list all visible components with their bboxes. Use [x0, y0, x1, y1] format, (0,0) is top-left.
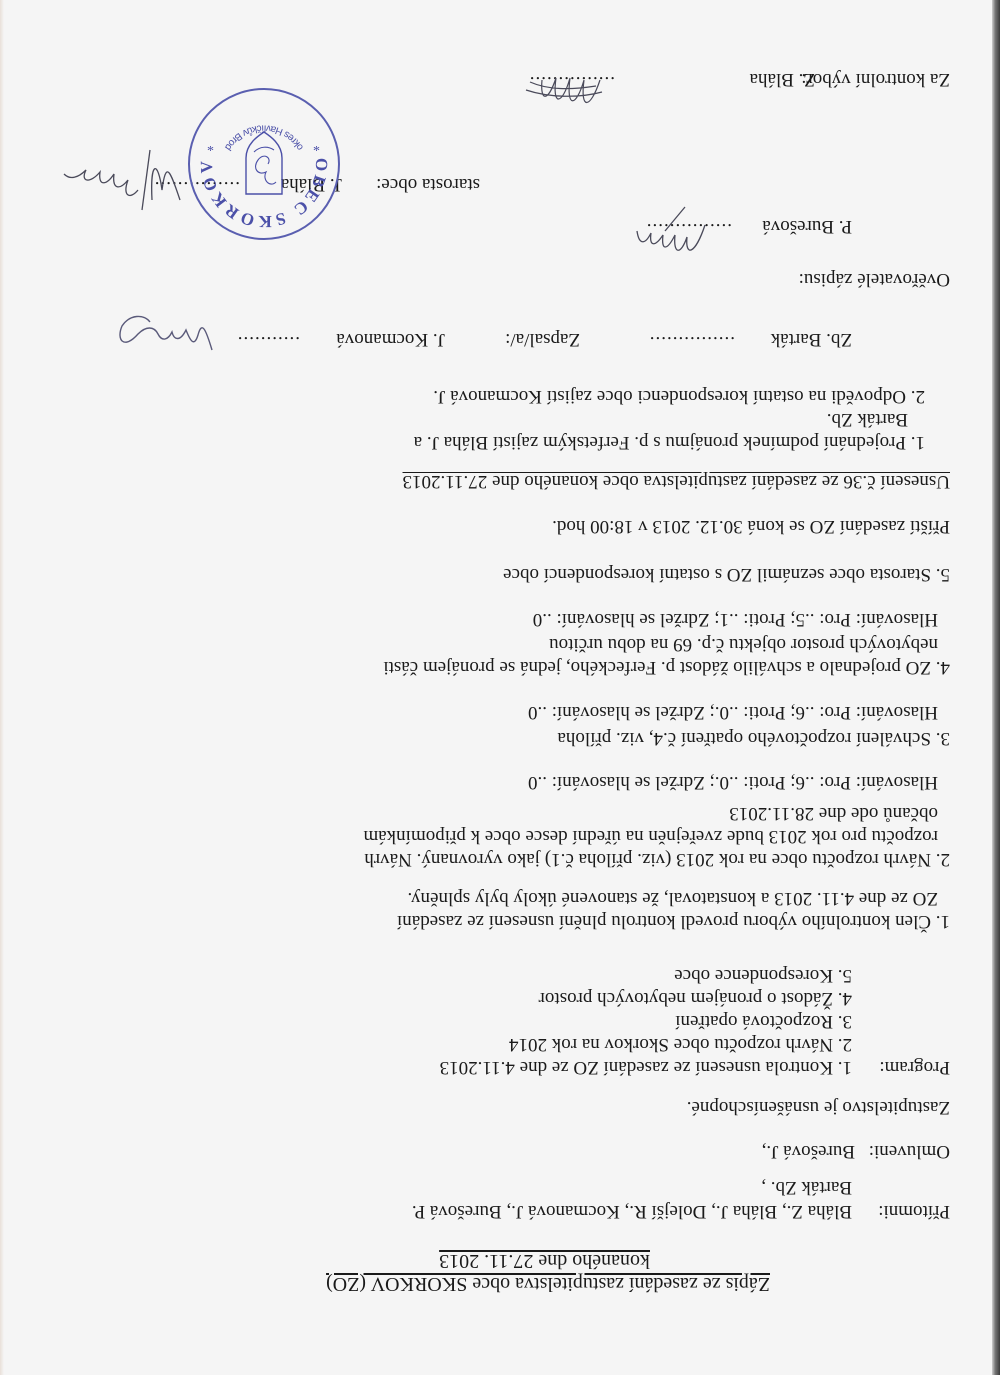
scanner-border-light: [0, 0, 4, 1375]
program-item: 4. Žádost o pronájem nebytových prostor: [539, 987, 852, 1009]
proceeding-4-line: 4. ZO projednalo a schválilo žádost p. F…: [383, 656, 950, 678]
proceeding-2-line: 2. Návrh rozpočtu obce na rok 2013 (viz.…: [364, 848, 950, 870]
proceeding-3-vote: Hlasování: Pro: ..6; Proti: ..0.; Zdržel…: [528, 701, 938, 723]
signature-line: ...............: [649, 331, 735, 353]
verifier-name: P. Burešová: [762, 215, 852, 237]
scanned-document-page: Zápis ze zasedání zastupitelstva obce SK…: [0, 0, 1000, 1375]
present-label: Přítomni:: [878, 1200, 950, 1222]
document-title: Zápis ze zasedání zastupitelstva obce SK…: [326, 1273, 770, 1295]
resolution-item: Barták Zb.: [827, 408, 908, 430]
proceeding-2-line: rozpočtu pro rok 2013 bude zveřejněn na …: [363, 825, 938, 847]
recorded-by-label: Zapsal/a/:: [505, 328, 580, 350]
program-item: 5. Korespondence obce: [674, 964, 852, 986]
handwritten-signature-mayor: [50, 140, 190, 230]
scanner-border: [992, 0, 1000, 1375]
svg-text:*: *: [313, 138, 320, 153]
excused-list: Burešová J.,: [762, 1140, 855, 1162]
handwritten-signature-zblaha: [520, 60, 610, 120]
official-stamp: OBEC SKORKOV okres Havlíčkův Brod * *: [188, 88, 340, 240]
verifiers-label: Ověřovatelé zápisu:: [799, 268, 950, 290]
program-item: 1. Kontrola usnesení ze zasedání ZO ze d…: [440, 1056, 852, 1078]
proceeding-1-line: 1. Člen kontrolního výboru provedl kontr…: [397, 910, 950, 932]
program-label: Program:: [879, 1056, 950, 1078]
document-subtitle-date: konaného dne 27.11. 2013: [439, 1250, 650, 1272]
quorum-statement: Zastupitelstvo je usnášeníschopné.: [687, 1096, 950, 1118]
signature-line: ...........: [237, 331, 300, 353]
resolution-item: 1. Projednání podmínek pronájmu s p. Fer…: [414, 431, 925, 453]
control-committee-label: Za kontrolní výbor:: [801, 68, 950, 90]
present-list: Bláha Z., Bláha J., Dolejší R., Kocmanov…: [412, 1200, 852, 1222]
proceeding-1-line: ZO ze dne 4.11. 2013 a konstatoval, že s…: [408, 887, 938, 909]
proceeding-2-line: občanů ode dne 28.11.2013: [729, 802, 938, 824]
proceeding-2-vote: Hlasování: Pro: ..6; Proti: ..0.; Zdržel…: [528, 771, 938, 793]
member-name: Zb. Barták: [771, 328, 852, 350]
proceeding-4-vote: Hlasování: Pro: ..5; Proti: ..1; Zdržel …: [533, 608, 938, 630]
program-item: 3. Rozpočtová opatření: [675, 1010, 852, 1032]
next-meeting: Příští zasedání ZO se koná 30.12. 2013 v…: [552, 515, 950, 537]
proceeding-4-line: nebytových prostor objektu č.p. 69 na do…: [549, 633, 938, 655]
present-list-cont: Barták Zb. ,: [761, 1176, 852, 1198]
excused-label: Omluveni:: [869, 1140, 950, 1162]
resolution-item: 2. Odpovědi na ostatní korespondenci obc…: [433, 385, 925, 407]
mayor-label: starosta obce:: [376, 173, 480, 195]
recorded-by-name: J. Kocmanová: [336, 328, 445, 350]
program-item: 2. Návrh rozpočtu obce Skorkov na rok 20…: [509, 1033, 852, 1055]
control-committee-name: Z. Bláha: [750, 68, 815, 90]
handwritten-signature-kocmanova: [110, 310, 220, 370]
proceeding-3-line: 3. Schválení rozpočtového opatření č.4, …: [557, 727, 950, 749]
svg-text:*: *: [207, 138, 214, 153]
resolution-heading: Usnesení č.36 ze zasedání zastupitelstva…: [403, 470, 950, 492]
proceeding-5-line: 5. Starosta obce seznámil ZO s ostatní k…: [503, 563, 950, 585]
handwritten-signature-buresova: [615, 205, 725, 275]
